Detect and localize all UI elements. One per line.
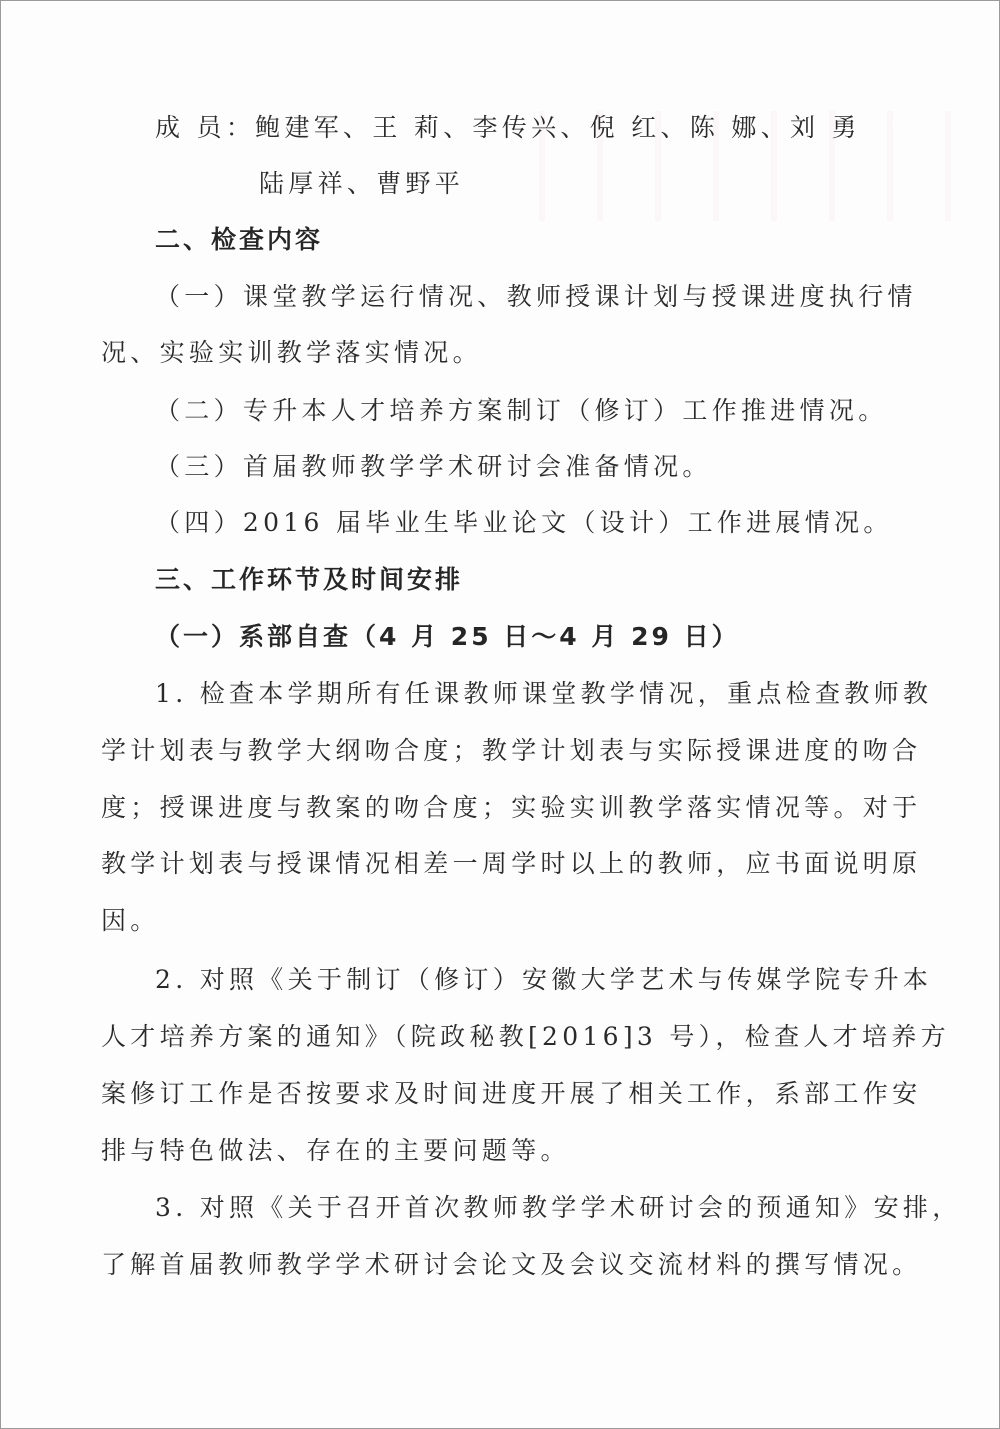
para1-line1: 1. 检查本学期所有任课教师课堂教学情况，重点检查教师教 <box>155 677 932 711</box>
section-heading-schedule: 三、工作环节及时间安排 <box>155 563 463 597</box>
section2-item-1-line1: （一）课堂教学运行情况、教师授课计划与授课进度执行情 <box>155 280 917 314</box>
members-continuation: 陆厚祥、曹野平 <box>259 167 464 201</box>
section-heading-inspection-content: 二、检查内容 <box>155 223 323 257</box>
para2-line1: 2. 对照《关于制订（修订）安徽大学艺术与传媒学院专升本 <box>155 963 932 997</box>
para1-line2: 学计划表与教学大纲吻合度；教学计划表与实际授课进度的吻合 <box>101 734 921 768</box>
para1-line3: 度；授课进度与教案的吻合度；实验实训教学落实情况等。对于 <box>101 791 921 825</box>
section2-item-2: （二）专升本人才培养方案制订（修订）工作推进情况。 <box>155 394 888 428</box>
para1-line5: 因。 <box>101 904 160 938</box>
subheading-self-inspection: （一）系部自查（4 月 25 日～4 月 29 日） <box>155 620 740 654</box>
para2-line4: 排与特色做法、存在的主要问题等。 <box>101 1134 570 1168</box>
para3-line2: 了解首届教师教学学术研讨会论文及会议交流材料的撰写情况。 <box>101 1248 921 1282</box>
para2-line2: 人才培养方案的通知》（院政秘教[2016]3 号），检查人才培养方 <box>101 1020 950 1054</box>
members-line: 成 员：鲍建军、王 莉、李传兴、倪 红、陈 娜、刘 勇 <box>155 111 861 145</box>
para1-line4: 教学计划表与授课情况相差一周学时以上的教师，应书面说明原 <box>101 847 921 881</box>
para3-line1: 3. 对照《关于召开首次教师教学学术研讨会的预通知》安排， <box>155 1191 962 1225</box>
para2-line3: 案修订工作是否按要求及时间进度开展了相关工作，系部工作安 <box>101 1077 921 1111</box>
section2-item-1-line2: 况、实验实训教学落实情况。 <box>101 336 482 370</box>
document-page: 成 员：鲍建军、王 莉、李传兴、倪 红、陈 娜、刘 勇 陆厚祥、曹野平 二、检查… <box>0 0 1000 1429</box>
section2-item-3: （三）首届教师教学学术研讨会准备情况。 <box>155 450 712 484</box>
section2-item-4: （四）2016 届毕业生毕业论文（设计）工作进展情况。 <box>155 506 893 540</box>
